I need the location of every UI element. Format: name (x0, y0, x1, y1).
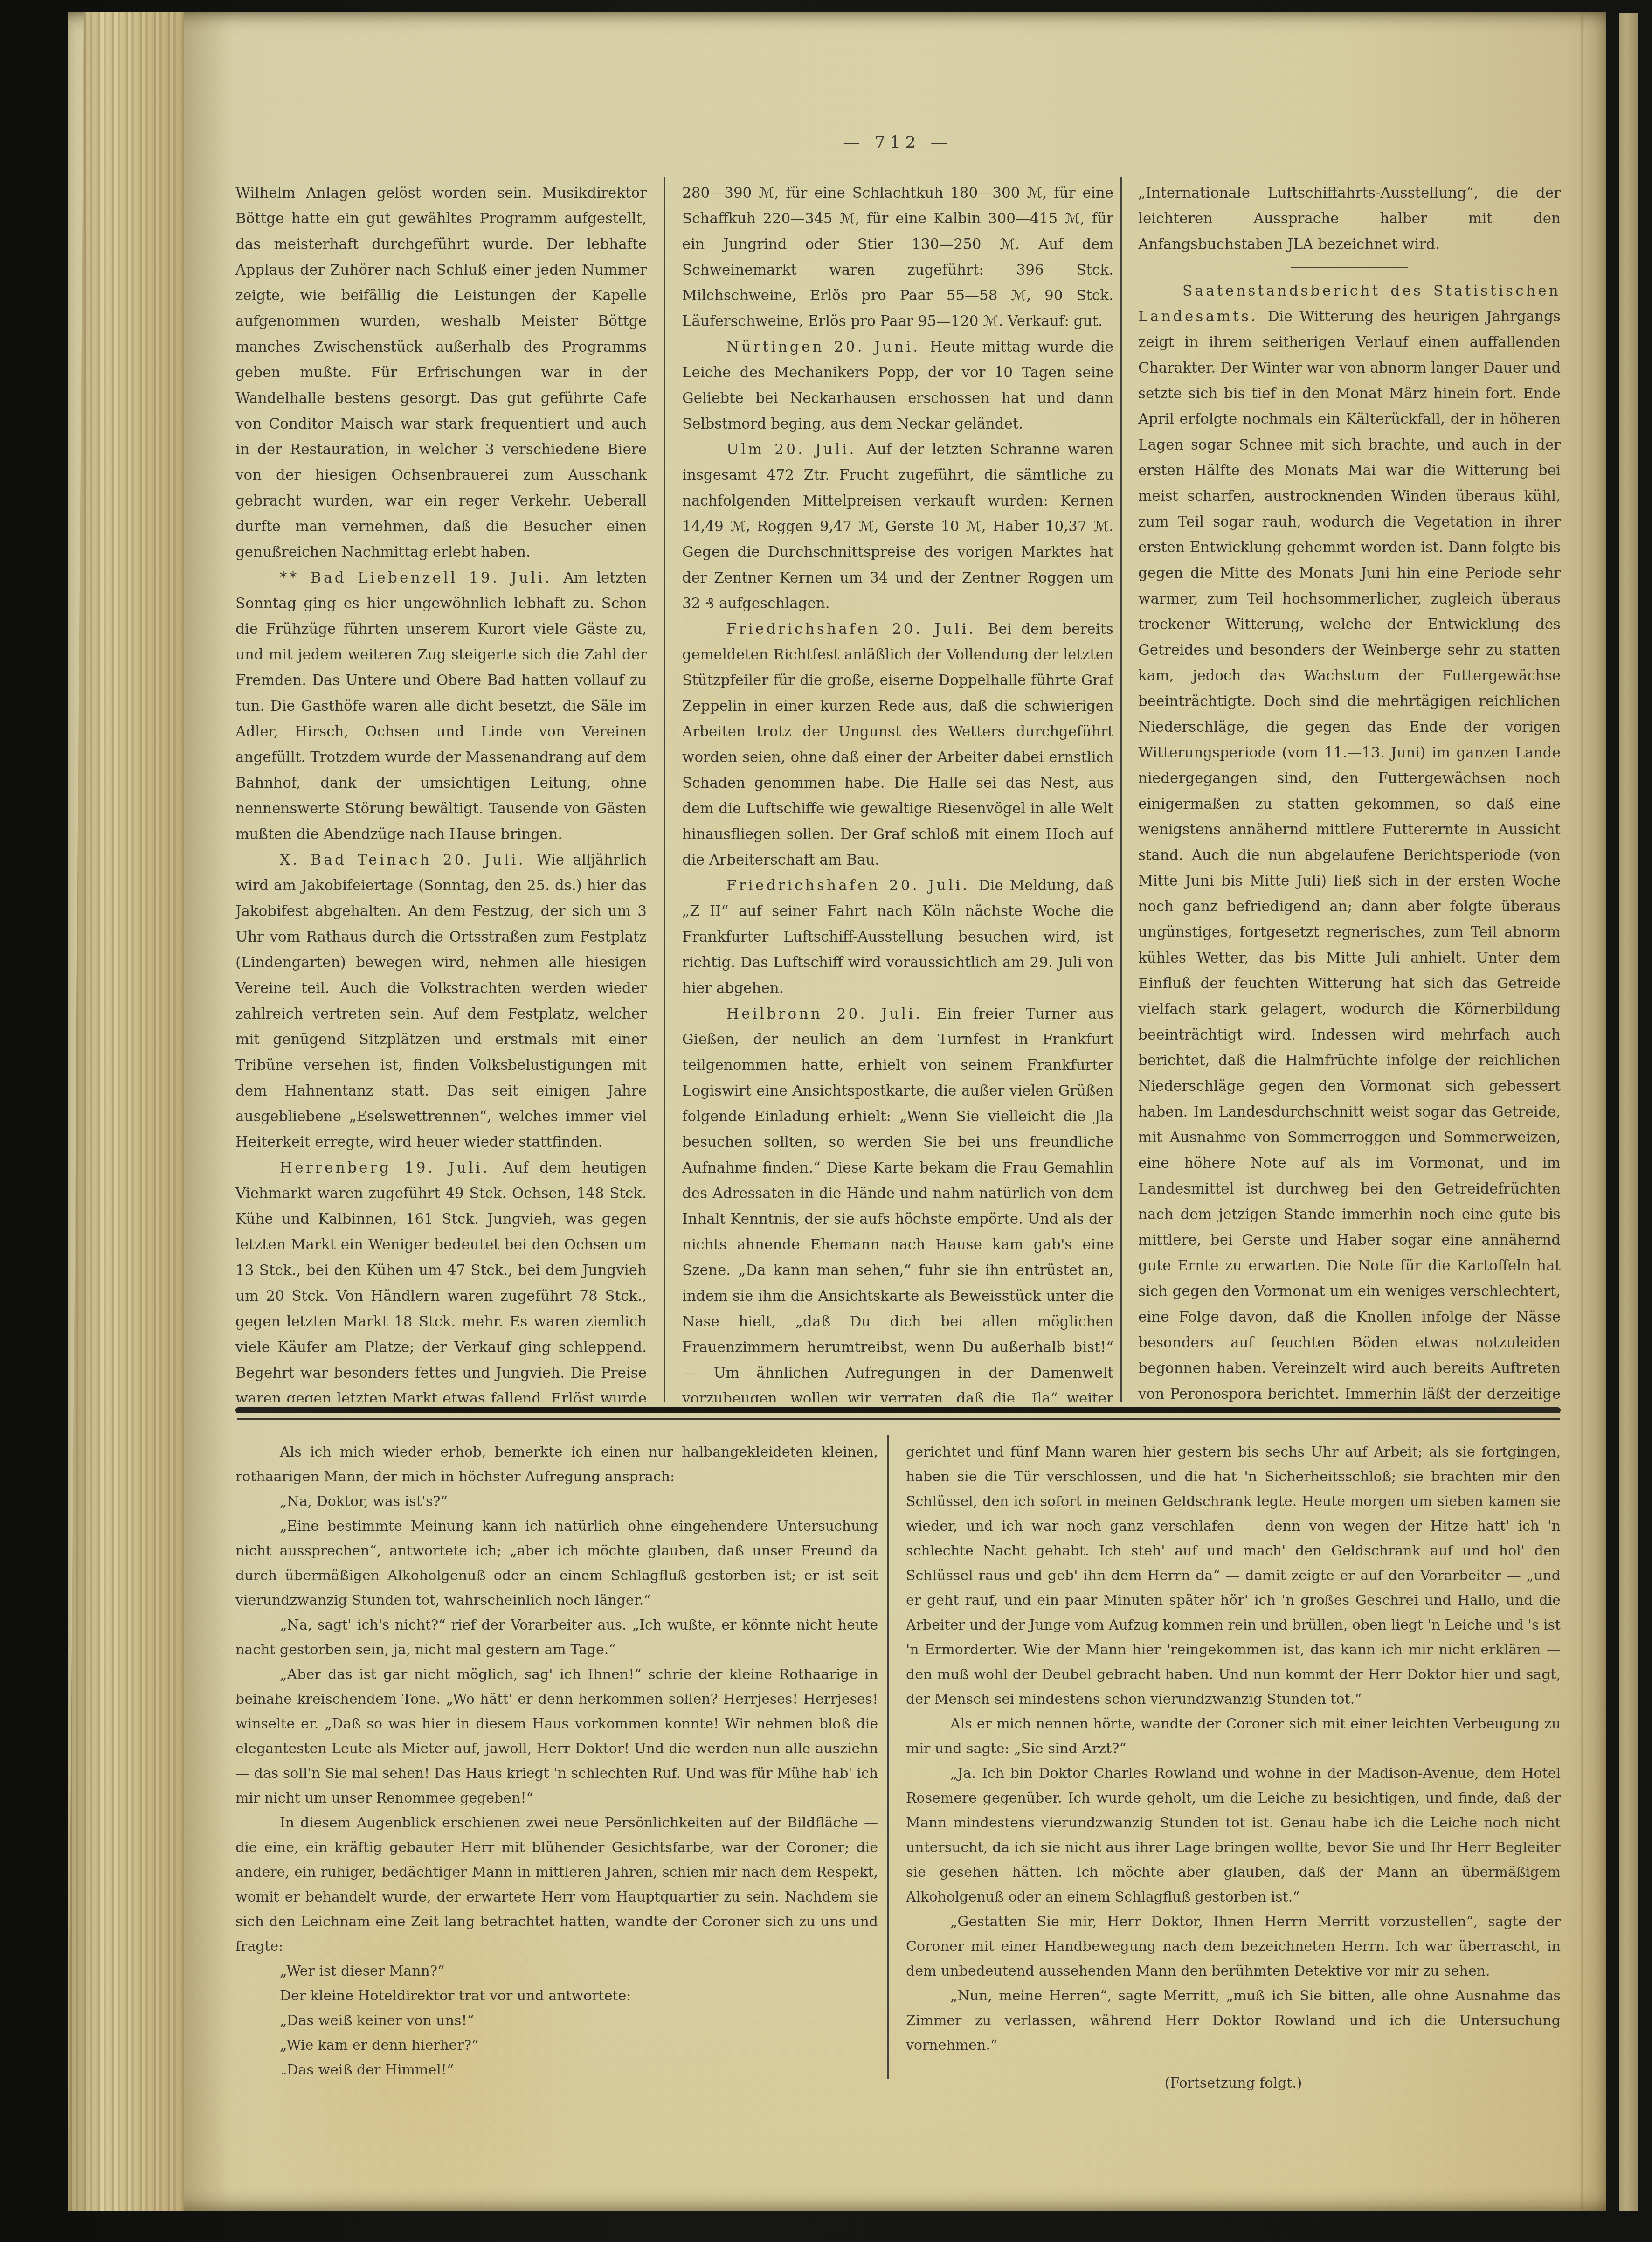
news-item: Heilbronn 20. Juli. Ein freier Turner au… (682, 1001, 1113, 1402)
news-item: X. Bad Teinach 20. Juli. Wie alljährlich… (235, 847, 647, 1155)
news-item: Ulm 20. Juli. Auf der letzten Schranne w… (682, 437, 1113, 617)
news-column-2: 280—390 ℳ, für eine Schlachtkuh 180—300 … (682, 180, 1113, 1402)
news-item: Nürtingen 20. Juni. Heute mittag wurde d… (682, 334, 1113, 437)
feuilleton-column-right: gerichtet und fünf Mann waren hier geste… (906, 1440, 1561, 2093)
news-column-3: „Internationale Luftschiffahrts-Ausstell… (1138, 180, 1561, 1402)
short-divider (1291, 267, 1408, 268)
leaf-stack-shadow (184, 12, 240, 2211)
paragraph: „Wer ist dieser Mann?“ (235, 1959, 878, 1984)
column-rule-2 (1120, 177, 1122, 1402)
paragraph: 280—390 ℳ, für eine Schlachtkuh 180—300 … (682, 180, 1113, 334)
column-rule-1 (664, 177, 665, 1402)
paragraph: Als er mich nennen hörte, wandte der Cor… (906, 1712, 1561, 1761)
paragraph: „Wie kam er denn hierher?“ (235, 2033, 878, 2058)
dateline: Friedrichshafen 20. Juli. (726, 877, 979, 894)
paragraph: „Aber das ist gar nicht möglich, sag' ic… (235, 1662, 878, 1811)
paragraph: (Fortsetzung folgt.) (906, 2058, 1561, 2093)
dateline: Ulm 20. Juli. (726, 441, 867, 458)
paragraph: „Na, sagt' ich's nicht?“ rief der Vorarb… (235, 1613, 878, 1662)
paragraph: „Nun, meine Herren“, sagte Merritt, „muß… (906, 1984, 1561, 2058)
feuilleton-column-rule (887, 1435, 889, 2079)
paragraph: „Ja. Ich bin Doktor Charles Rowland und … (906, 1761, 1561, 1909)
page-number: — 712 — (235, 133, 1560, 152)
dateline: ** Bad Liebenzell 19. Juli. (280, 569, 563, 586)
news-item: Friedrichshafen 20. Juli. Bei dem bereit… (682, 617, 1113, 873)
book-leaf-stack-edge (68, 12, 184, 2211)
paragraph: „Na, Doktor, was ist's?“ (235, 1489, 878, 1514)
paragraph: Der kleine Hoteldirektor trat vor und an… (235, 1984, 878, 2008)
paragraph: Wilhelm Anlagen gelöst worden sein. Musi… (235, 180, 647, 565)
dateline: Herrenberg 19. Juli. (280, 1159, 503, 1176)
dateline: Saatenstandsbericht des Statistischen La… (1138, 283, 1561, 325)
adjacent-leaf-edge (1619, 13, 1638, 2211)
dateline: X. Bad Teinach 20. Juli. (280, 852, 537, 868)
news-item: Saatenstandsbericht des Statistischen La… (1138, 278, 1561, 1402)
paragraph: „Das weiß der Himmel!“ (235, 2058, 878, 2074)
feuilleton-column-left: Als ich mich wieder erhob, bemerkte ich … (235, 1440, 878, 2074)
paragraph: gerichtet und fünf Mann waren hier geste… (906, 1440, 1561, 1712)
section-divider-rule-thin (237, 1418, 1560, 1420)
news-item: Herrenberg 19. Juli. Auf dem heutigen Vi… (235, 1155, 647, 1402)
scanned-newspaper-screenshot: { "page": { "number": "712", "header": "… (0, 0, 1652, 2242)
news-column-1: Wilhelm Anlagen gelöst worden sein. Musi… (235, 180, 647, 1402)
paragraph: „Gestatten Sie mir, Herr Doktor, Ihnen H… (906, 1909, 1561, 1984)
paragraph: „Eine bestimmte Meinung kann ich natürli… (235, 1514, 878, 1613)
gutter-crease (1580, 12, 1584, 2211)
dateline: Friedrichshafen 20. Juli. (726, 621, 988, 638)
dateline: Heilbronn 20. Juli. (726, 1006, 937, 1022)
paragraph: Als ich mich wieder erhob, bemerkte ich … (235, 1440, 878, 1489)
paragraph: „Internationale Luftschiffahrts-Ausstell… (1138, 180, 1561, 257)
paragraph: „Das weiß keiner von uns!“ (235, 2008, 878, 2033)
paragraph: In diesem Augenblick erschienen zwei neu… (235, 1811, 878, 1959)
news-item: ** Bad Liebenzell 19. Juli. Am letzten S… (235, 565, 647, 847)
section-divider-rule (235, 1407, 1561, 1413)
newspaper-page: — 712 — Wilhelm Anlagen gelöst worden se… (68, 12, 1606, 2211)
dateline: Nürtingen 20. Juni. (726, 339, 930, 355)
news-item: Friedrichshafen 20. Juli. Die Meldung, d… (682, 873, 1113, 1001)
